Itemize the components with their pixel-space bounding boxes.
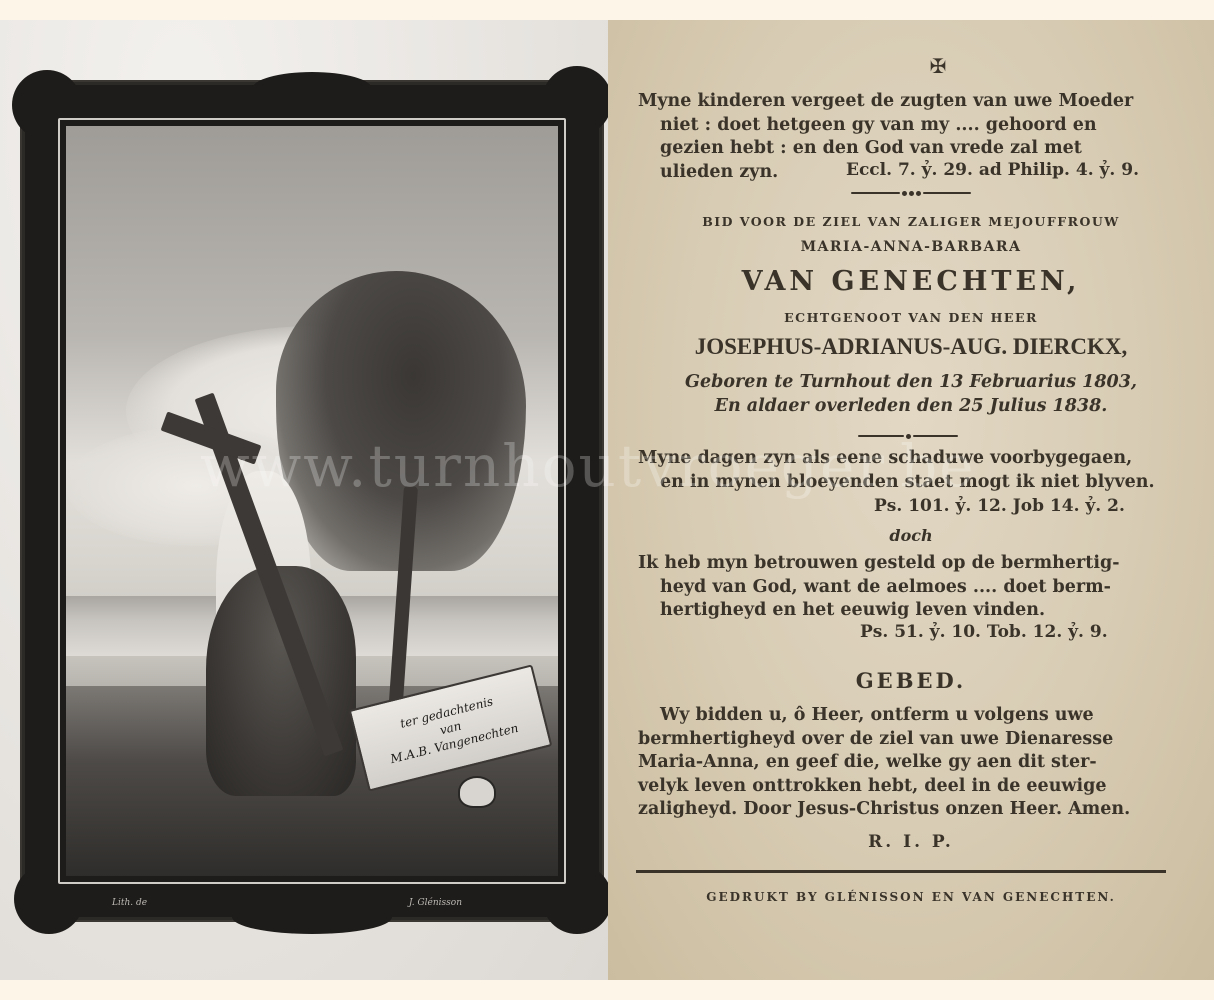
- verse-line: en in mynen bloeyenden staet mogt ik nie…: [638, 471, 1184, 495]
- verse-one-reference: Ps. 101. ỷ. 12. Job 14. ỷ. 2.: [874, 496, 1125, 516]
- ornamental-divider: [858, 433, 958, 439]
- ornamental-divider: [851, 190, 971, 196]
- death-line: En aldaer overleden den 25 Julius 1838.: [638, 396, 1184, 416]
- conjunction: doch: [638, 526, 1184, 545]
- prayer-text: Wy bidden u, ô Heer, ontferm u volgens u…: [638, 704, 1184, 822]
- spouse-intro: ECHTGENOOT VAN DEN HEER: [638, 310, 1184, 325]
- prayer-title: GEBED.: [638, 668, 1184, 693]
- epigraph-reference: Eccl. 7. ỷ. 29. ad Philip. 4. ỷ. 9.: [846, 160, 1139, 180]
- epigraph-line: niet : doet hetgeen gy van my .... gehoo…: [638, 114, 1184, 138]
- maltese-cross-icon: ✠: [928, 56, 948, 76]
- epigraph-line: gezien hebt : en den God van vrede zal m…: [638, 137, 1184, 161]
- birth-line: Geboren te Turnhout den 13 Februarius 18…: [638, 372, 1184, 392]
- prayer-line: Maria-Anna, en geef die, welke gy aen di…: [638, 751, 1184, 775]
- skull-icon: [458, 776, 496, 808]
- verse-line: heyd van God, want de aelmoes .... doet …: [638, 576, 1184, 600]
- prayer-request: BID VOOR DE ZIEL VAN ZALIGER MEJOUFFROUW: [638, 214, 1184, 229]
- verse-line: hertigheyd en het eeuwig leven vinden.: [638, 599, 1184, 623]
- memorial-text-panel: ✠ Myne kinderen vergeet de zugten van uw…: [608, 20, 1214, 980]
- prayer-line: bermhertigheyd over de ziel van uwe Dien…: [638, 728, 1184, 752]
- spouse-name: JOSEPHUS-ADRIANUS-AUG. DIERCKX,: [638, 334, 1184, 360]
- printer-credit: GEDRUKT BY GLÉNISSON EN VAN GENECHTEN.: [638, 890, 1184, 904]
- horizontal-rule: [636, 870, 1166, 873]
- verse-two-reference: Ps. 51. ỷ. 10. Tob. 12. ỷ. 9.: [860, 622, 1108, 642]
- lithograph-scene: ter gedachtenis van M.A.B. Vangenechten: [66, 126, 558, 876]
- frame-caption-left: Lith. de: [112, 898, 147, 908]
- epigraph-line: Myne kinderen vergeet de zugten van uwe …: [638, 90, 1184, 114]
- frame-caption-right: J. Glénisson: [409, 898, 462, 908]
- verse-two: Ik heb myn betrouwen gesteld op de bermh…: [638, 552, 1184, 623]
- prayer-line: zaligheyd. Door Jesus-Christus onzen Hee…: [638, 798, 1184, 822]
- prayer-line: velyk leven onttrokken hebt, deel in de …: [638, 775, 1184, 799]
- frame-top-center-ornament: [252, 72, 372, 106]
- prayer-line: Wy bidden u, ô Heer, ontferm u volgens u…: [638, 704, 1184, 728]
- given-names: MARIA-ANNA-BARBARA: [638, 239, 1184, 255]
- verse-line: Myne dagen zyn als eene schaduwe voorbyg…: [638, 447, 1184, 471]
- ornate-picture-frame: ter gedachtenis van M.A.B. Vangenechten …: [22, 82, 602, 920]
- verse-line: Ik heb myn betrouwen gesteld op de bermh…: [638, 552, 1184, 576]
- verse-one: Myne dagen zyn als eene schaduwe voorbyg…: [638, 447, 1184, 494]
- frame-bottom-center-ornament: [232, 900, 392, 934]
- memorial-image-panel: ter gedachtenis van M.A.B. Vangenechten …: [0, 20, 608, 980]
- surname-heading: VAN GENECHTEN,: [638, 266, 1184, 297]
- rip-closing: R. I. P.: [638, 832, 1184, 852]
